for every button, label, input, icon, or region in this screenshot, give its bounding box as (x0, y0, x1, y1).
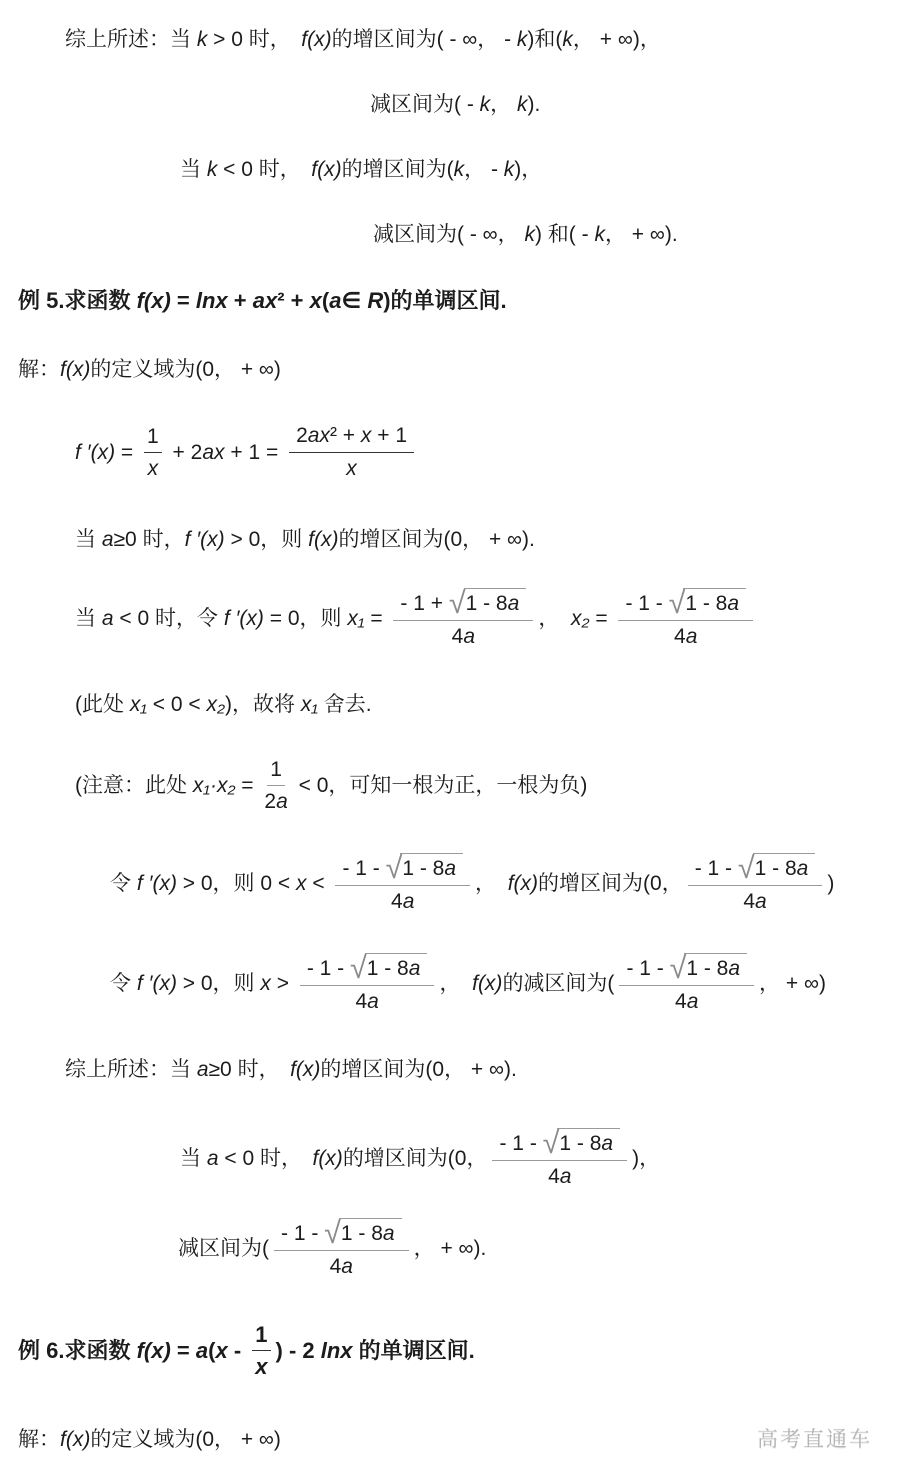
text-run: (此处 (75, 693, 130, 716)
sqrt-fraction-x2: - 1 - √1 - 8a4a (618, 588, 753, 650)
case-a-nonnegative-line: 当 a≥0 时，f ′(x) > 0，则 f(x)的增区间为(0， + ∞). (75, 525, 535, 555)
text-run: 解： (18, 1428, 60, 1451)
text-run: 1 - 8 (686, 957, 728, 980)
text-run: a (463, 625, 475, 648)
text-run: 4 (452, 625, 464, 648)
text-run: 的增区间为(0， + ∞). (320, 1058, 516, 1081)
sqrt-fraction: - 1 - √1 - 8a4a (300, 953, 435, 1015)
text-run: 的单调区间. (353, 1338, 475, 1364)
radicand: 1 - 8a (557, 1128, 620, 1157)
radicand: 1 - 8a (684, 953, 747, 982)
numerator: 1 (144, 424, 162, 453)
text-run: f ′(x) (137, 971, 177, 997)
sqrt-fraction: - 1 - √1 - 8a4a (492, 1128, 627, 1190)
text-run: 4 (674, 625, 686, 648)
text-run: 4 (548, 1165, 560, 1188)
decreasing-interval-derivation-line: 令 f ′(x) > 0，则 x > - 1 - √1 - 8a4a， f(x)… (110, 953, 826, 1015)
text-run: k (517, 93, 528, 116)
numerator: - 1 - √1 - 8a (492, 1128, 627, 1161)
text-run: 减区间为( - (370, 93, 480, 116)
radicand: 1 - 8a (683, 588, 746, 617)
text-run: a (444, 857, 456, 880)
denominator: 4a (548, 1161, 571, 1190)
text-run: )的单调区间. (383, 288, 506, 313)
text-run: a (403, 890, 415, 913)
text-run: x (215, 1338, 227, 1364)
text-run: ) 和( - (535, 223, 594, 246)
note-roots-product-line: (注意：此处 x₁·x₂ = 12a < 0，可知一根为正，一根为负) (75, 757, 587, 815)
numerator: - 1 - √1 - 8a (300, 953, 435, 986)
text-run: x (361, 423, 372, 449)
text-run: ， + ∞). (605, 223, 678, 246)
text-run: ， (475, 871, 508, 897)
text-run: 1 - 8 (559, 1132, 601, 1155)
text-run: k (517, 28, 528, 51)
summary-k-decreasing-line: 减区间为( - k， k). (370, 90, 540, 120)
text-run: f(x) (137, 288, 171, 313)
sqrt-fraction: - 1 - √1 - 8a4a (335, 853, 470, 915)
text-run: a (383, 1222, 395, 1245)
text-run: 解： (18, 358, 60, 381)
numerator: 1 (267, 757, 285, 786)
text-run: + 1 (371, 423, 407, 449)
text-run: k (504, 158, 515, 181)
text-run: 1 - 8 (341, 1222, 383, 1245)
fraction-one-over-x: 1x (252, 1322, 270, 1380)
text-run: - 1 - (281, 1221, 324, 1247)
text-run: ， (439, 971, 472, 997)
example5-title: 例 5.求函数 f(x) = lnx + ax² + x(a∈ R)的单调区间. (18, 286, 507, 316)
text-run: x (296, 871, 307, 897)
text-run: 4 (355, 990, 367, 1013)
text-run: - 1 - (695, 856, 738, 882)
text-run: a (728, 957, 740, 980)
text-run: a (102, 528, 114, 551)
radicand: 1 - 8a (400, 853, 463, 882)
text-run: 当 (75, 606, 102, 632)
text-run: 例 6.求函数 (18, 1338, 137, 1364)
text-run: 4 (391, 890, 403, 913)
text-run: f(x) (137, 1338, 171, 1364)
text-run: f(x) (508, 871, 538, 897)
text-run: 1 (270, 757, 282, 783)
summary-a-negative-decreasing-line: 减区间为(- 1 - √1 - 8a4a， + ∞). (178, 1218, 486, 1280)
text-run: a (687, 990, 699, 1013)
numerator: 1 (252, 1322, 270, 1351)
text-run: f(x) (311, 158, 341, 181)
text-run: f(x) (60, 358, 90, 381)
text-run: < 0 时， (219, 1146, 313, 1172)
text-run: ) - 2 (276, 1338, 321, 1364)
text-run: = (171, 1338, 196, 1364)
text-run: 令 (110, 971, 137, 997)
numerator: - 1 - √1 - 8a (688, 853, 823, 886)
text-run: f ′(x) (75, 440, 115, 466)
text-run: a (601, 1132, 613, 1155)
text-run: > 0，则 0 < (177, 871, 296, 897)
document-page: 综上所述：当 k > 0 时， f(x)的增区间为( - ∞， - k)和(k，… (0, 0, 899, 1480)
fraction-one-over-2a: 12a (264, 757, 287, 815)
sqrt-fraction: - 1 - √1 - 8a4a (619, 953, 754, 1015)
text-run: < 0，可知一根为正，一根为负) (293, 773, 588, 799)
summary-a-nonnegative-line: 综上所述：当 a≥0 时， f(x)的增区间为(0， + ∞). (65, 1055, 517, 1085)
denominator: 4a (391, 886, 414, 915)
text-run: < 0 时，令 (114, 606, 224, 632)
text-run: a (102, 606, 114, 632)
text-run: a (755, 890, 767, 913)
text-run: x₂ (207, 693, 226, 716)
text-run: 令 (110, 871, 137, 897)
watermark: 高考直通车 (757, 1423, 872, 1453)
text-run: 1 - 8 (755, 857, 797, 880)
text-run: = (364, 606, 388, 632)
text-run: 1 (147, 424, 159, 450)
text-run: R (367, 288, 383, 313)
text-run: x (346, 457, 357, 480)
text-run: ). (528, 93, 541, 116)
fraction-polynomial-over-x: 2ax² + x + 1x (289, 423, 414, 482)
text-run: 1 - 8 (466, 592, 508, 615)
text-run: - 1 - (499, 1131, 542, 1157)
text-run: 例 5.求函数 (18, 288, 137, 313)
denominator: x (255, 1351, 267, 1380)
text-run: a (196, 1338, 208, 1364)
text-run: 当 (180, 1146, 207, 1172)
text-run: x₁ (301, 693, 318, 716)
summary-k-increasing-line: 综上所述：当 k > 0 时， f(x)的增区间为( - ∞， - k)和(k，… (65, 25, 661, 55)
text-run: x₁·x₂ (193, 773, 236, 799)
text-run: 的定义域为(0， + ∞) (90, 1428, 281, 1451)
text-run: lnx (196, 288, 228, 313)
text-run: - 1 - (625, 591, 668, 617)
text-run: 的增区间为(0， (343, 1146, 488, 1172)
text-run: 2 (296, 423, 308, 449)
case-a-negative-roots-line: 当 a < 0 时，令 f ′(x) = 0，则 x₁ = - 1 + √1 -… (75, 588, 758, 650)
text-run: )，故将 (225, 693, 301, 716)
text-run: 1 - 8 (685, 592, 727, 615)
text-run: k (197, 28, 208, 51)
text-run: 的增区间为(0， + ∞). (338, 528, 534, 551)
text-run: 4 (675, 990, 687, 1013)
text-run: a (276, 790, 288, 813)
text-run: k (524, 223, 535, 246)
text-run: ax (202, 440, 224, 466)
text-run: 2 (264, 790, 276, 813)
text-run: a (797, 857, 809, 880)
example6-title: 例 6.求函数 f(x) = a(x - 1x) - 2 lnx 的单调区间. (18, 1322, 475, 1380)
increasing-interval-derivation-line: 令 f ′(x) > 0，则 0 < x < - 1 - √1 - 8a4a， … (110, 853, 834, 915)
denominator: x (346, 453, 357, 482)
text-run: ， - (464, 158, 504, 181)
denominator: x (148, 453, 159, 482)
text-run: < (307, 871, 331, 897)
text-run: )， (632, 1146, 660, 1172)
text-run: a (508, 592, 520, 615)
denominator: 4a (674, 621, 697, 650)
text-run: ∈ (341, 288, 367, 313)
numerator: - 1 - √1 - 8a (619, 953, 754, 986)
text-run: (注意：此处 (75, 773, 193, 799)
text-run: k (207, 158, 218, 181)
text-run: f(x) (290, 1058, 320, 1081)
text-run: x (310, 288, 322, 313)
text-run: - 1 - (626, 956, 669, 982)
numerator: - 1 - √1 - 8a (618, 588, 753, 621)
text-run: a (329, 288, 341, 313)
text-run: x₂ (571, 606, 590, 632)
text-run: > (271, 971, 295, 997)
radicand: 1 - 8a (464, 588, 527, 617)
sqrt-fraction: - 1 - √1 - 8a4a (688, 853, 823, 915)
text-run: 1 (255, 1322, 267, 1348)
text-run: - (228, 1338, 248, 1364)
text-run: a (367, 990, 379, 1013)
text-run: < 0 时， (217, 158, 311, 181)
text-run: + (228, 288, 253, 313)
text-run: 的减区间为( (502, 971, 614, 997)
text-run: ， (538, 606, 571, 632)
text-run: f(x) (472, 971, 502, 997)
text-run: a (727, 592, 739, 615)
text-run: 4 (330, 1255, 342, 1278)
text-run: k (454, 158, 465, 181)
text-run: x₁ (347, 606, 364, 632)
text-run: f ′(x) (137, 871, 177, 897)
text-run: a (207, 1146, 219, 1172)
text-run: > 0，则 (177, 971, 260, 997)
denominator: 4a (330, 1251, 353, 1280)
radicand: 1 - 8a (753, 853, 816, 882)
text-run: > 0 时， (207, 28, 301, 51)
text-run: lnx (321, 1338, 353, 1364)
text-run: > 0，则 (225, 528, 308, 551)
text-run: = 0，则 (264, 606, 347, 632)
case-k-negative-increasing-line: 当 k < 0 时， f(x)的增区间为(k， - k)， (180, 155, 542, 185)
denominator: 4a (452, 621, 475, 650)
text-run: f ′(x) (224, 606, 264, 632)
numerator: - 1 - √1 - 8a (274, 1218, 409, 1251)
denominator: 4a (743, 886, 766, 915)
derivative-formula-line: f ′(x) = 1x + 2ax + 1 = 2ax² + x + 1x (75, 423, 419, 482)
denominator: 4a (675, 986, 698, 1015)
text-run: 减区间为( - ∞， (373, 223, 524, 246)
note-roots-order-line: (此处 x₁ < 0 < x₂)，故将 x₁ 舍去. (75, 690, 372, 720)
text-run: ² + (277, 288, 309, 313)
text-run: a (197, 1058, 209, 1081)
text-run: f(x) (60, 1428, 90, 1451)
text-run: ≥0 时， (114, 528, 185, 551)
text-run: + 1 = (225, 440, 285, 466)
text-run: x (260, 971, 271, 997)
text-run: )和( (527, 28, 562, 51)
text-run: ， + ∞) (759, 971, 826, 997)
text-run: a (686, 625, 698, 648)
text-run: ax (253, 288, 277, 313)
denominator: 2a (264, 786, 287, 815)
text-run: )， (514, 158, 542, 181)
text-run: k (480, 93, 491, 116)
text-run: ax (308, 423, 330, 449)
text-run: 1 - 8 (367, 957, 409, 980)
text-run: 1 - 8 (402, 857, 444, 880)
text-run: f ′(x) (185, 528, 225, 551)
text-run: ， (490, 93, 517, 116)
text-run: 综上所述：当 (65, 28, 197, 51)
text-run: ) (827, 871, 834, 897)
solution6-domain-line: 解：f(x)的定义域为(0， + ∞) (18, 1425, 281, 1455)
text-run: = (115, 440, 139, 466)
text-run: 的增区间为( - ∞， - (332, 28, 517, 51)
case-k-negative-decreasing-line: 减区间为( - ∞， k) 和( - k， + ∞). (373, 220, 678, 250)
text-run: ² + (330, 423, 361, 449)
numerator: - 1 - √1 - 8a (335, 853, 470, 886)
text-run: k (562, 28, 573, 51)
numerator: 2ax² + x + 1 (289, 423, 414, 453)
text-run: = (171, 288, 196, 313)
summary-a-negative-increasing-line: 当 a < 0 时， f(x)的增区间为(0，- 1 - √1 - 8a4a)， (180, 1128, 660, 1190)
text-run: f(x) (308, 528, 338, 551)
text-run: f(x) (312, 1146, 342, 1172)
text-run: ， + ∞). (414, 1236, 487, 1262)
text-run: x (255, 1354, 267, 1379)
text-run: a (409, 957, 421, 980)
text-run: a (341, 1255, 353, 1278)
text-run: 的增区间为(0， (538, 871, 683, 897)
fraction-one-over-x: 1x (144, 424, 162, 482)
denominator: 4a (355, 986, 378, 1015)
text-run: 舍去. (318, 693, 372, 716)
text-run: x₁ (130, 693, 147, 716)
text-run: 当 (75, 528, 102, 551)
radicand: 1 - 8a (365, 953, 428, 982)
radicand: 1 - 8a (339, 1218, 402, 1247)
solution5-domain-line: 解：f(x)的定义域为(0， + ∞) (18, 355, 281, 385)
sqrt-fraction: - 1 - √1 - 8a4a (274, 1218, 409, 1280)
text-run: 的定义域为(0， + ∞) (90, 358, 281, 381)
text-run: ≥0 时， (209, 1058, 291, 1081)
text-run: - 1 - (307, 956, 350, 982)
text-run: f(x) (301, 28, 331, 51)
text-run: 4 (743, 890, 755, 913)
text-run: a (560, 1165, 572, 1188)
text-run: k (594, 223, 605, 246)
numerator: - 1 + √1 - 8a (393, 588, 533, 621)
text-run: 综上所述：当 (65, 1058, 197, 1081)
text-run: - 1 + (400, 591, 448, 617)
sqrt-fraction-x1: - 1 + √1 - 8a4a (393, 588, 533, 650)
text-run: ， + ∞)， (573, 28, 661, 51)
text-run: = (590, 606, 614, 632)
text-run: 当 (180, 158, 207, 181)
text-run: < 0 < (147, 693, 207, 716)
text-run: 减区间为( (178, 1236, 269, 1262)
text-run: x (148, 457, 159, 480)
text-run: - 1 - (342, 856, 385, 882)
text-run: = (235, 773, 259, 799)
text-run: + 2 (167, 440, 203, 466)
text-run: 的增区间为( (342, 158, 454, 181)
